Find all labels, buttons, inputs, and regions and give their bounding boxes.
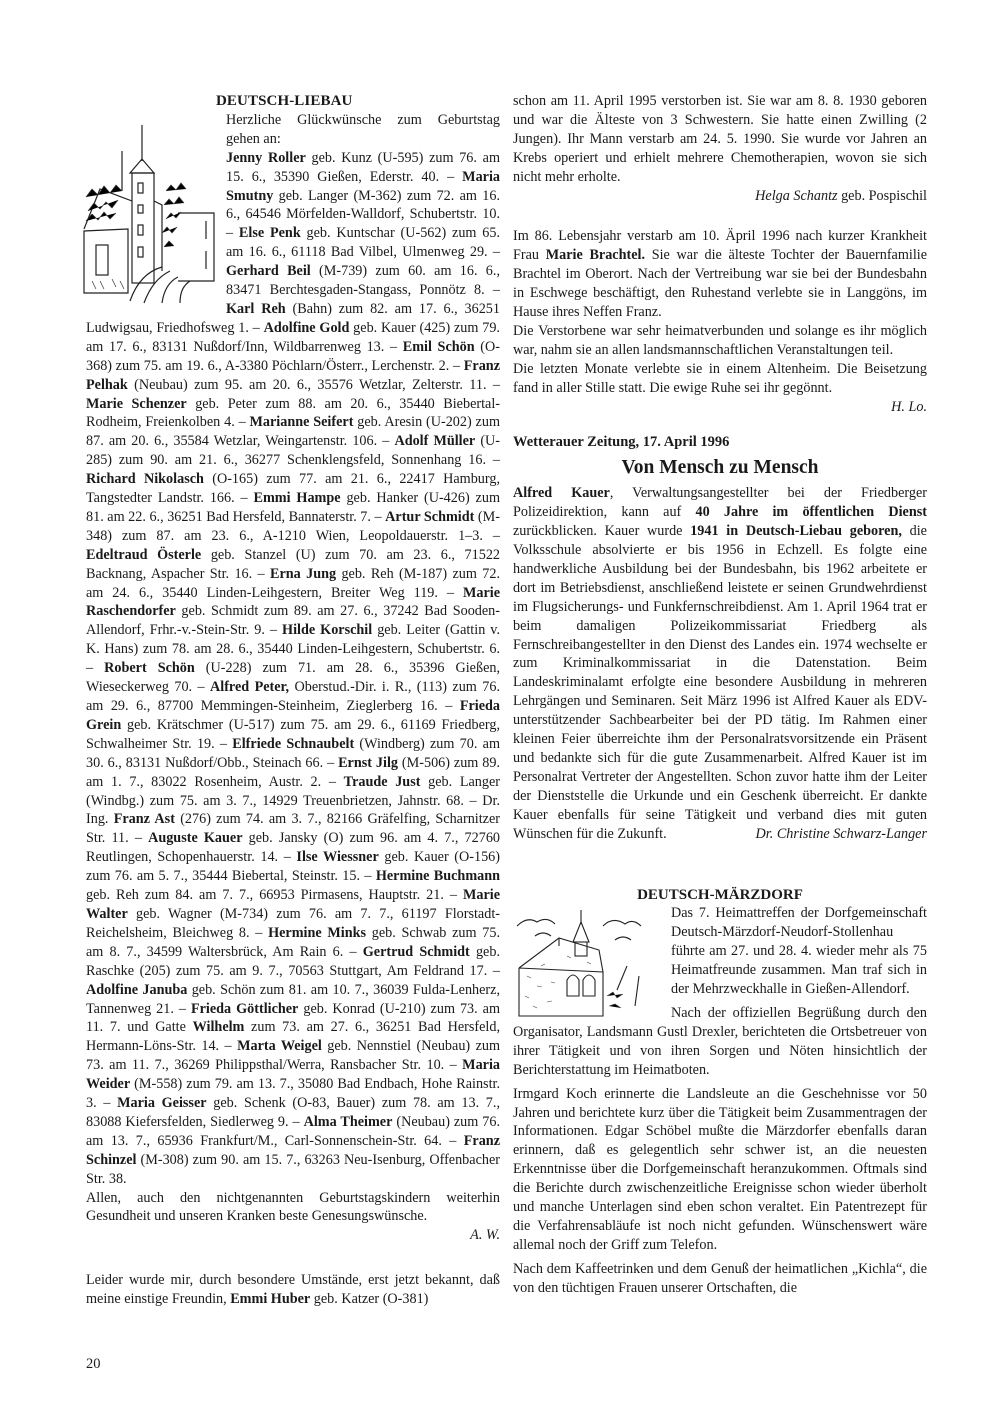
birthday-name: Marianne Seifert: [250, 414, 354, 430]
birthday-name: Jenny Roller: [226, 150, 306, 166]
birthday-name: Artur Schmidt: [385, 509, 474, 525]
birthday-name: Gerhard Beil: [226, 263, 311, 279]
birthday-name: Elfriede Schnaubelt: [232, 736, 354, 752]
article-author: Dr. Christine Schwarz-Langer: [756, 825, 927, 844]
right-column: schon am 11. April 1995 verstorben ist. …: [513, 92, 927, 1298]
brachtel-paragraph-1: Im 86. Lebensjahr verstarb am 10. Äpril …: [513, 227, 927, 322]
section-title-deutsch-marzdorf: DEUTSCH-MÄRZDORF: [513, 886, 927, 905]
birthday-name: Gertrud Schmidt: [363, 944, 470, 960]
birthday-name: Adolfine Gold: [264, 320, 350, 336]
village-church-illustration: [82, 121, 218, 307]
birthday-name: Wilhelm: [193, 1019, 245, 1035]
birthday-name: Alfred Peter,: [210, 679, 289, 695]
birthday-name: Adolf Müller: [394, 433, 475, 449]
closing-wishes: Allen, auch den nichtgenannten Geburtsta…: [86, 1189, 500, 1227]
birthday-name: Hermine Minks: [268, 925, 366, 941]
article-body: Alfred Kauer, Verwaltungsangestellter be…: [513, 484, 927, 843]
birthday-name: Auguste Kauer: [148, 830, 242, 846]
page-number: 20: [86, 1356, 101, 1373]
brachtel-signature: H. Lo.: [513, 398, 927, 417]
birthday-name: Marie Schenzer: [86, 396, 187, 412]
birthday-name: Frieda Göttlicher: [191, 1001, 298, 1017]
birthday-name: Edeltraud Österle: [86, 547, 201, 563]
birthday-name: Traude Just: [344, 774, 421, 790]
obituary-signature: Helga Schantz geb. Pospischil: [513, 187, 927, 206]
marzdorf-paragraph-4: Nach dem Kaffeetrinken und dem Genuß der…: [513, 1260, 927, 1298]
birthday-name: Hermine Buchmann: [376, 868, 500, 884]
birthday-name: Adolfine Januba: [86, 982, 187, 998]
birthday-name: Ernst Jilg: [338, 755, 398, 771]
birthday-name: Maria Geisser: [117, 1095, 206, 1111]
birthday-name: Emmi Hampe: [254, 490, 341, 506]
birthday-name: Franz Ast: [114, 811, 175, 827]
deceased-name: Emmi Huber: [230, 1291, 310, 1307]
brachtel-paragraph-3: Die letzten Monate verlebte sie in einem…: [513, 360, 927, 398]
birthday-name: Hilde Korschil: [282, 622, 372, 638]
obituary-intro: Leider wurde mir, durch besondere Umstän…: [86, 1271, 500, 1309]
left-column: DEUTSCH-LIEBAU: [86, 92, 500, 1309]
article-title: Von Mensch zu Mensch: [513, 459, 927, 478]
birthday-name: Marta Weigel: [237, 1038, 322, 1054]
birthday-name: Ilse Wiessner: [296, 849, 378, 865]
document-page: DEUTSCH-LIEBAU: [0, 0, 1000, 1412]
birthday-name: Richard Nikolasch: [86, 471, 204, 487]
birthday-details: (Neubau) zum 95. am 20. 6., 35576 Wetzla…: [128, 377, 500, 393]
birthday-name: Else Penk: [239, 225, 301, 241]
section-title-deutsch-liebau: DEUTSCH-LIEBAU: [216, 92, 500, 111]
birthday-name: Robert Schön: [104, 660, 195, 676]
obituary-continuation: schon am 11. April 1995 verstorben ist. …: [513, 92, 927, 187]
birthday-details: geb. Reh zum 84. am 7. 7., 66953 Pirmase…: [86, 887, 463, 903]
closing-signature: A. W.: [86, 1226, 500, 1245]
birthday-name: Emil Schön: [403, 339, 475, 355]
brachtel-paragraph-2: Die Verstorbene war sehr heimatverbunden…: [513, 322, 927, 360]
birthday-name: Karl Reh: [226, 301, 286, 317]
birthday-name: Erna Jung: [270, 566, 336, 582]
chapel-illustration: [507, 906, 663, 1020]
birthday-details: (M-308) zum 90. am 15. 7., 63263 Neu-Ise…: [86, 1152, 500, 1187]
birthday-name: Alma Theimer: [304, 1114, 393, 1130]
newspaper-source: Wetterauer Zeitung, 17. April 1996: [513, 433, 927, 452]
marzdorf-paragraph-3: Irmgard Koch erinnerte die Landsleute an…: [513, 1085, 927, 1255]
